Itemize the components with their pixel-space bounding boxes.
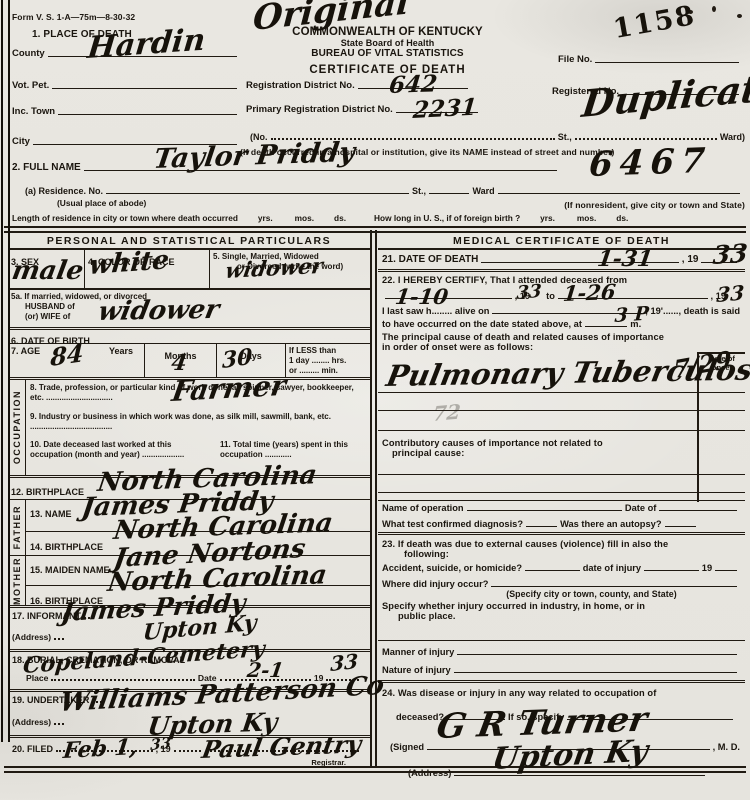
- operation-date-label: Date of: [625, 503, 657, 513]
- accident-label: Accident, suicide, or homicide?: [382, 563, 522, 573]
- time-of-death-handwriting: 3 P: [614, 304, 649, 326]
- accident-line: [525, 570, 580, 571]
- last-saw-label-b: , 19'......, death is said: [645, 306, 740, 316]
- certify-to-handwriting: 1-26: [562, 281, 617, 304]
- cause-rule-5: [378, 492, 745, 493]
- nonresident-hint: (If nonresident, give city or town and S…: [460, 200, 745, 210]
- residence-value-handwriting: 6467: [588, 144, 713, 182]
- specify-label-1: Specify whether injury occurred in indus…: [382, 601, 741, 611]
- deceased-label: deceased?: [396, 712, 444, 722]
- inc-town-label: Inc. Town: [12, 106, 55, 117]
- st-line: [575, 138, 717, 140]
- personal-section-title: PERSONAL AND STATISTICAL PARTICULARS: [8, 232, 370, 250]
- date-of-death-line: 21. DATE OF DEATH , 19: [382, 254, 740, 265]
- primary-registration-label: Primary Registration District No.: [246, 104, 393, 115]
- residence-ward-label: Ward: [472, 186, 494, 196]
- residence-ward-line: [498, 193, 740, 194]
- autopsy-label: Was there an autopsy?: [560, 519, 661, 529]
- accident-row: Accident, suicide, or homicide? date of …: [382, 563, 740, 573]
- informant-address-line: [54, 638, 64, 640]
- registrar-signature-handwriting: Paul Gentry: [200, 732, 363, 762]
- operation-date-line: [659, 510, 737, 511]
- filed-year-line: [174, 750, 202, 752]
- residence-label: (a) Residence. No.: [25, 186, 103, 196]
- full-name-value-handwriting: Taylor Priddy: [152, 139, 357, 173]
- mother-maiden-label: 15. MAIDEN NAME: [30, 565, 110, 575]
- certify-to-label: to: [546, 291, 555, 301]
- vot-pet-line: [52, 88, 237, 89]
- file-no-label: File No.: [558, 54, 592, 65]
- date-of-death-year-prefix: , 19: [682, 254, 699, 265]
- contributory-label-2: principal cause:: [392, 448, 464, 458]
- residence-st-line: [429, 193, 469, 194]
- injury-year-line: [715, 570, 737, 571]
- color-value-handwriting: white: [88, 247, 170, 279]
- nature-label: Nature of injury: [382, 665, 451, 675]
- occupation-item-9: 9. Industry or business in which work wa…: [30, 412, 360, 432]
- burial-year-handwriting: 33: [330, 651, 358, 674]
- file-no-row: File No.: [558, 54, 742, 65]
- undertaker-address-line: [54, 723, 64, 725]
- age-value-handwriting: 84: [50, 341, 84, 370]
- certificate-number-stamp: 1158: [611, 2, 698, 43]
- principal-cause-label-1: The principal cause of death and related…: [382, 332, 741, 342]
- s23-label-2: following:: [404, 549, 741, 559]
- form-number: Form V. S. 1-A—75m—8-30-32: [12, 12, 135, 22]
- st-label: St.,: [558, 132, 572, 142]
- birthplace-label: 12. BIRTHPLACE: [11, 487, 84, 497]
- father-name-label: 13. NAME: [30, 509, 72, 519]
- residence-row: (a) Residence. No. St., Ward: [25, 186, 743, 196]
- occupation-item-11: 11. Total time (years) spent in this occ…: [220, 440, 360, 460]
- days-value-handwriting: 30: [222, 346, 252, 372]
- occupation-side-cell: OCCUPATION: [8, 380, 26, 475]
- inc-town-line: [58, 114, 237, 115]
- mother-side-cell: MOTHER: [8, 556, 26, 605]
- s23-label-1: 23. If death was due to external causes …: [382, 539, 741, 549]
- manner-label: Manner of injury: [382, 647, 454, 657]
- test-label: What test confirmed diagnosis?: [382, 519, 523, 529]
- injury-date-line: [644, 570, 699, 571]
- city-label: City: [12, 136, 30, 147]
- filed-date-handwriting: Feb 1,: [62, 736, 139, 762]
- less-label-2: 1 day ........ hrs.: [289, 356, 367, 366]
- where-injury-row: Where did injury occur?: [382, 579, 740, 589]
- injury-date-label: date of injury: [583, 563, 641, 573]
- occurred-row: to have occurred on the date stated abov…: [382, 319, 740, 329]
- file-no-line: [595, 62, 739, 63]
- less-than-day-cell: If LESS than 1 day ........ hrs. or ....…: [286, 344, 370, 377]
- mos-label-2: mos.: [577, 213, 596, 223]
- physician-address-handwriting: Upton Ky: [490, 737, 650, 775]
- informant-address-label: (Address): [12, 632, 51, 642]
- board-subtitle: State Board of Health: [240, 38, 535, 48]
- date-of-death-label: 21. DATE OF DEATH: [382, 254, 478, 265]
- residence-st-label: St.,: [412, 186, 426, 196]
- inc-town-row: Inc. Town: [12, 106, 240, 117]
- s24-label: 24. Was disease or injury in any way rel…: [382, 688, 741, 698]
- county-label: County: [12, 48, 45, 59]
- ward-label: Ward): [720, 132, 745, 142]
- cause-rule-3: [378, 430, 745, 431]
- scan-left-edge: [1, 0, 10, 742]
- full-name-label: 2. FULL NAME: [12, 162, 81, 173]
- months-value-handwriting: 4: [170, 352, 188, 374]
- injury-year-prefix: 19: [702, 563, 712, 573]
- registration-district-value-handwriting: 642: [388, 72, 438, 97]
- years-label: Years: [109, 346, 133, 375]
- registration-district-label: Registration District No.: [246, 80, 355, 91]
- occupation-side-label: OCCUPATION: [12, 390, 22, 464]
- date-of-death-year-handwriting: 33: [712, 240, 748, 268]
- date-of-death-value-handwriting: 1-31: [596, 248, 654, 270]
- abode-hint: (Usual place of abode): [57, 198, 146, 208]
- stray-pencil-mark: 72: [432, 401, 462, 424]
- certify-from-handwriting: 1-10: [394, 286, 450, 307]
- signed-label: (Signed: [390, 742, 424, 752]
- principal-cause-label-2: in order of onset were as follows:: [382, 342, 741, 352]
- external-causes-block: 23. If death was due to external causes …: [378, 535, 745, 641]
- manner-row: Manner of injury: [382, 647, 740, 657]
- mos-label: mos.: [295, 213, 314, 223]
- certify-to-year-handwriting: 33: [716, 282, 745, 305]
- father-birthplace-label: 14. BIRTHPLACE: [30, 542, 103, 552]
- voting-precinct-row: Vot. Pet.: [12, 80, 240, 91]
- yrs-label-2: yrs.: [540, 213, 555, 223]
- ds-label: ds.: [334, 213, 346, 223]
- status-value-handwriting: widower: [224, 255, 324, 281]
- husband-wife-value-handwriting: widower: [96, 297, 221, 325]
- father-side-cell: FATHER: [8, 500, 26, 555]
- autopsy-line: [665, 526, 696, 527]
- cause-rule-4: [378, 474, 745, 475]
- operation-label: Name of operation: [382, 503, 464, 513]
- father-side-label: FATHER: [12, 505, 22, 549]
- certificate-title: CERTIFICATE OF DEATH: [240, 64, 535, 76]
- occurred-label-a: to have occurred on the date stated abov…: [382, 319, 582, 329]
- filed-year-handwriting: 33: [150, 736, 171, 753]
- duplicate-handwriting: Duplicate: [580, 68, 750, 123]
- foreign-label: How long in U. S., if of foreign birth ?: [374, 213, 520, 223]
- test-line: [526, 526, 557, 527]
- undertaker-address-label: (Address): [12, 717, 51, 727]
- where-injury-label: Where did injury occur?: [382, 579, 488, 589]
- medical-section-title: MEDICAL CERTIFICATE OF DEATH: [378, 232, 745, 250]
- age-label: 7. AGE: [11, 346, 40, 375]
- certify-from-year-handwriting: 33: [516, 283, 542, 303]
- manner-line: [457, 654, 737, 655]
- occupation-value-handwriting: Farmer: [170, 372, 288, 406]
- death-certificate-scan: Form V. S. 1-A—75m—8-30-32 1. PLACE OF D…: [0, 0, 750, 800]
- operation-row: Name of operation Date of: [382, 503, 740, 513]
- specify-hint: (Specify city or town, county, and State…: [442, 589, 741, 599]
- primary-registration-value-handwriting: 2231: [412, 96, 478, 122]
- bureau-subtitle: BUREAU OF VITAL STATISTICS: [240, 48, 535, 59]
- scan-artifact: [737, 14, 742, 18]
- operation-test-block: Name of operation Date of What test conf…: [378, 501, 745, 535]
- less-label-3: or ......... min.: [289, 366, 367, 376]
- where-injury-line: [491, 586, 737, 587]
- occupation-item-10: 10. Date deceased last worked at this oc…: [30, 440, 210, 460]
- vot-pet-label: Vot. Pet.: [12, 80, 49, 91]
- test-autopsy-row: What test confirmed diagnosis? Was there…: [382, 519, 740, 529]
- yrs-label: yrs.: [258, 213, 273, 223]
- contributory-label-1: Contributory causes of importance not re…: [382, 438, 603, 448]
- md-label: , M. D.: [713, 742, 740, 752]
- residence-line: [106, 193, 409, 194]
- operation-line: [467, 510, 622, 511]
- date-of-death-row: 21. DATE OF DEATH , 19: [378, 250, 745, 272]
- length-label: Length of residence in city or town wher…: [12, 213, 238, 223]
- less-label-1: If LESS than: [289, 346, 367, 356]
- county-value-handwriting: Hardin: [86, 25, 207, 64]
- nature-line: [454, 672, 737, 673]
- sex-value-handwriting: male: [10, 258, 85, 284]
- scan-artifact: [712, 6, 716, 12]
- length-of-residence-row: Length of residence in city or town wher…: [12, 213, 745, 223]
- specify-label-2: public place.: [398, 611, 741, 621]
- ds-label-2: ds.: [616, 213, 628, 223]
- burial-place-line: [51, 679, 194, 681]
- filed-label: 20. FILED: [12, 744, 53, 754]
- manner-nature-block: Manner of injury Nature of injury: [378, 641, 745, 683]
- nature-row: Nature of injury: [382, 665, 740, 675]
- mother-side-label: MOTHER: [12, 557, 22, 605]
